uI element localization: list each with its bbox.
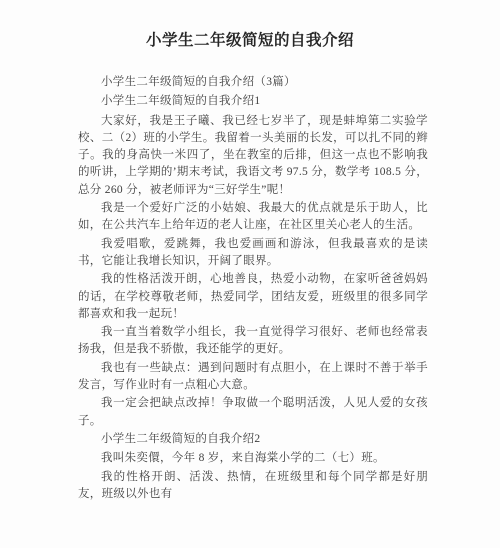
section-1-paragraph-6: 我也有一些缺点：遇到问题时有点胆小，在上课时不善于举手发言，写作业时有一点粗心大… [78, 360, 428, 395]
section-1-paragraph-3: 我爱唱歌，爱跳舞，我也爱画画和游泳，但我最喜欢的是读书，它能让我增长知识，开阔了… [78, 236, 428, 271]
section-2-paragraph-2: 我的性格开朗、活泼、热情，在班级里和每个同学都是好朋友，班级以外也有 [78, 469, 428, 504]
document-body: 小学生二年级简短的自我介绍（3篇） 小学生二年级简短的自我介绍1 大家好，我是王… [78, 74, 428, 503]
section-1-paragraph-1: 大家好，我是王子曦、我已经七岁半了，现是蚌埠第二实验学校、二（2）班的小学生。我… [78, 113, 428, 199]
section-2-paragraph-1: 我叫朱奕儇，今年 8 岁，来自海棠小学的二（七）班。 [78, 450, 428, 467]
section-2-heading: 小学生二年级简短的自我介绍2 [78, 431, 428, 448]
section-1-paragraph-7: 我一定会把缺点改掉！争取做一个聪明活泼，人见人爱的女孩子。 [78, 395, 428, 430]
section-1-paragraph-2: 我是一个爱好广泛的小姑娘、我最大的优点就是乐于助人，比如，在公共汽车上给年迈的老… [78, 200, 428, 235]
collection-heading: 小学生二年级简短的自我介绍（3篇） [78, 74, 428, 91]
section-1-heading: 小学生二年级简短的自我介绍1 [78, 93, 428, 110]
section-1-paragraph-5: 我一直当着数学小组长，我一直觉得学习很好、老师也经常表扬我，但是我不骄傲，我还能… [78, 324, 428, 359]
document-page: 小学生二年级简短的自我介绍 小学生二年级简短的自我介绍（3篇） 小学生二年级简短… [0, 0, 500, 548]
document-title: 小学生二年级简短的自我介绍 [0, 28, 500, 50]
section-1-paragraph-4: 我的性格活泼开朗，心地善良，热爱小动物，在家听爸爸妈妈的话，在学校尊敬老师，热爱… [78, 271, 428, 323]
